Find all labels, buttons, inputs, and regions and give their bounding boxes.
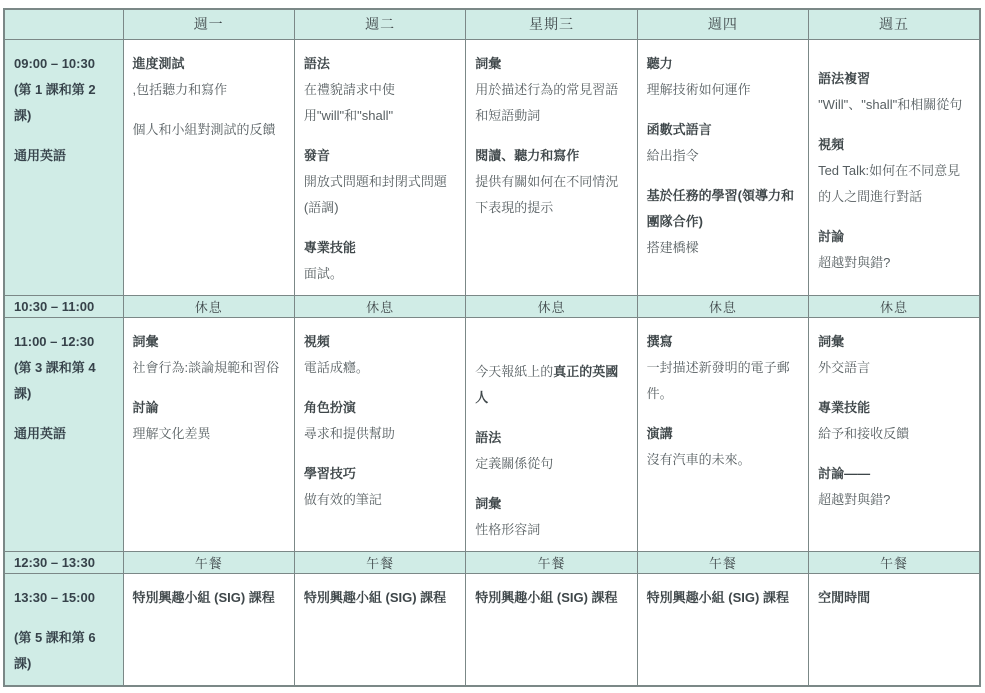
cell-line: 視頻	[304, 329, 457, 355]
divider-cell: 午餐	[637, 551, 808, 573]
cell-line: 09:00 – 10:30	[14, 51, 117, 77]
time-cell: 09:00 – 10:30(第 1 課和第 2 課)通用英語	[4, 39, 123, 295]
cell-paragraph: 進度測試,包括聽力和寫作	[133, 51, 286, 103]
time-cell: 10:30 – 11:00	[4, 295, 123, 317]
table-body: 09:00 – 10:30(第 1 課和第 2 課)通用英語進度測試,包括聽力和…	[4, 39, 980, 686]
text-run: 電話成癮。	[304, 360, 369, 375]
cell-line: 發音	[304, 143, 457, 169]
bold-text-run: 函數式語言	[647, 122, 712, 137]
divider-cell: 休息	[466, 295, 637, 317]
cell-paragraph: 閱讀、聽力和寫作提供有關如何在不同情況下表現的提示	[475, 143, 628, 221]
schedule-cell: 語法複習"Will"、"shall"和相關從句視頻Ted Talk:如何在不同意…	[809, 39, 980, 295]
table-row: 13:30 – 15:00(第 5 課和第 6 課)特別興趣小組 (SIG) 課…	[4, 573, 980, 686]
cell-line: "Will"、"shall"和相關從句	[818, 92, 971, 118]
schedule-cell: 撰寫一封描述新發明的電子郵件。演講沒有汽車的未來。	[637, 317, 808, 551]
time-cell: 11:00 – 12:30(第 3 課和第 4 課)通用英語	[4, 317, 123, 551]
cell-line: 通用英語	[14, 421, 117, 447]
divider-row: 10:30 – 11:00休息休息休息休息休息	[4, 295, 980, 317]
cell-paragraph: 演講沒有汽車的未來。	[647, 421, 800, 473]
cell-line: 在禮貌請求中使用"will"和"shall"	[304, 77, 457, 129]
bold-text-run: 討論	[818, 229, 844, 244]
day-header: 星期三	[466, 9, 637, 39]
cell-line: 開放式問題和封閉式問題(語調)	[304, 169, 457, 221]
divider-cell: 休息	[637, 295, 808, 317]
cell-paragraph: 特別興趣小組 (SIG) 課程	[475, 585, 628, 611]
text-run: 提供有關如何在不同情況下表現的提示	[475, 174, 618, 215]
cell-line: 視頻	[818, 132, 971, 158]
cell-paragraph: 詞彙性格形容詞	[475, 491, 628, 543]
cell-paragraph: 通用英語	[14, 143, 117, 169]
text-run: 搭建橋樑	[647, 240, 699, 255]
bold-text-run: 詞彙	[818, 334, 844, 349]
cell-paragraph: 討論超越對與錯?	[818, 224, 971, 276]
cell-line: 演講	[647, 421, 800, 447]
bold-text-run: 空閒時間	[818, 590, 870, 605]
cell-line: 13:30 – 15:00	[14, 585, 117, 611]
cell-line: 理解文化差異	[133, 421, 286, 447]
schedule-cell: 特別興趣小組 (SIG) 課程	[294, 573, 465, 686]
table-row: 11:00 – 12:30(第 3 課和第 4 課)通用英語詞彙社會行為:談論規…	[4, 317, 980, 551]
cell-paragraph: 聽力理解技術如何運作	[647, 51, 800, 103]
day-header: 週二	[294, 9, 465, 39]
text-run: 給予和接收反饋	[818, 426, 909, 441]
bold-text-run: 視頻	[818, 137, 844, 152]
cell-line: 今天報紙上的真正的英國人	[475, 359, 628, 411]
schedule-cell: 聽力理解技術如何運作函數式語言給出指令基於任務的學習(領導力和團隊合作)搭建橋樑	[637, 39, 808, 295]
cell-line: 特別興趣小組 (SIG) 課程	[647, 585, 800, 611]
bold-text-run: 閱讀、聽力和寫作	[475, 148, 579, 163]
cell-line: 理解技術如何運作	[647, 77, 800, 103]
cell-paragraph: 特別興趣小組 (SIG) 課程	[304, 585, 457, 611]
cell-line: 尋求和提供幫助	[304, 421, 457, 447]
cell-line: 特別興趣小組 (SIG) 課程	[133, 585, 286, 611]
cell-line: 提供有關如何在不同情況下表現的提示	[475, 169, 628, 221]
cell-line: 電話成癮。	[304, 355, 457, 381]
cell-line: 性格形容詞	[475, 517, 628, 543]
bold-text-run: 語法	[475, 430, 501, 445]
cell-paragraph: 空閒時間	[818, 585, 971, 611]
text-run: 超越對與錯?	[818, 492, 890, 507]
cell-line: 專業技能	[304, 235, 457, 261]
bold-text-run: 語法複習	[818, 71, 870, 86]
text-run: 給出指令	[647, 148, 699, 163]
cell-line: Ted Talk:如何在不同意見的人之間進行對話	[818, 158, 971, 210]
cell-line: 詞彙	[475, 51, 628, 77]
schedule-cell: 視頻電話成癮。角色扮演尋求和提供幫助學習技巧做有效的筆記	[294, 317, 465, 551]
bold-text-run: 視頻	[304, 334, 330, 349]
cell-paragraph: 通用英語	[14, 421, 117, 447]
bold-text-run: 詞彙	[475, 496, 501, 511]
bold-text-run: 語法	[304, 56, 330, 71]
bold-text-run: 特別興趣小組 (SIG) 課程	[475, 590, 617, 605]
cell-line: 搭建橋樑	[647, 235, 800, 261]
schedule-cell: 特別興趣小組 (SIG) 課程	[123, 573, 294, 686]
cell-paragraph: 11:00 – 12:30(第 3 課和第 4 課)	[14, 329, 117, 407]
bold-text-run: 進度測試	[133, 56, 185, 71]
text-run: 今天報紙上的	[475, 364, 553, 379]
bold-text-run: 基於任務的學習(領導力和團隊合作)	[647, 188, 794, 229]
cell-line: 個人和小組對測試的反饋	[133, 117, 286, 143]
bold-text-run: 撰寫	[647, 334, 673, 349]
schedule-cell: 詞彙用於描述行為的常見習語和短語動詞閱讀、聽力和寫作提供有關如何在不同情況下表現…	[466, 39, 637, 295]
time-cell: 13:30 – 15:00(第 5 課和第 6 課)	[4, 573, 123, 686]
day-header: 週五	[809, 9, 980, 39]
text-run: 性格形容詞	[475, 522, 540, 537]
bold-text-run: 特別興趣小組 (SIG) 課程	[304, 590, 446, 605]
text-run: 做有效的筆記	[304, 492, 382, 507]
cell-line: 沒有汽車的未來。	[647, 447, 800, 473]
time-cell: 12:30 – 13:30	[4, 551, 123, 573]
cell-line: 社會行為:談論規範和習俗	[133, 355, 286, 381]
cell-line: 進度測試	[133, 51, 286, 77]
cell-line: 超越對與錯?	[818, 487, 971, 513]
cell-line: 給出指令	[647, 143, 800, 169]
cell-paragraph: 今天報紙上的真正的英國人	[475, 359, 628, 411]
text-run: 定義關係從句	[475, 456, 553, 471]
cell-paragraph: 撰寫一封描述新發明的電子郵件。	[647, 329, 800, 407]
text-run: 在禮貌請求中使用"will"和"shall"	[304, 82, 395, 123]
divider-cell: 午餐	[466, 551, 637, 573]
cell-line: 詞彙	[818, 329, 971, 355]
divider-cell: 休息	[809, 295, 980, 317]
divider-row: 12:30 – 13:30午餐午餐午餐午餐午餐	[4, 551, 980, 573]
bold-text-run: 發音	[304, 148, 330, 163]
text-run: 理解文化差異	[133, 426, 211, 441]
text-run: ,包括聽力和寫作	[133, 82, 228, 97]
cell-line: 語法	[304, 51, 457, 77]
text-run: 理解技術如何運作	[647, 82, 751, 97]
cell-line: 特別興趣小組 (SIG) 課程	[475, 585, 628, 611]
page: 週一週二星期三週四週五 09:00 – 10:30(第 1 課和第 2 課)通用…	[0, 0, 985, 693]
schedule-cell: 特別興趣小組 (SIG) 課程	[466, 573, 637, 686]
schedule-cell: 空閒時間	[809, 573, 980, 686]
text-run: "Will"、"shall"和相關從句	[818, 97, 962, 112]
bold-text-run: 專業技能	[818, 400, 870, 415]
cell-paragraph: 13:30 – 15:00	[14, 585, 117, 611]
divider-cell: 休息	[123, 295, 294, 317]
cell-line: 基於任務的學習(領導力和團隊合作)	[647, 183, 800, 235]
cell-line: 聽力	[647, 51, 800, 77]
text-run: 沒有汽車的未來。	[647, 452, 751, 467]
bold-text-run: 討論	[133, 400, 159, 415]
cell-line: 角色扮演	[304, 395, 457, 421]
cell-paragraph: 詞彙社會行為:談論規範和習俗	[133, 329, 286, 381]
cell-paragraph: 語法在禮貌請求中使用"will"和"shall"	[304, 51, 457, 129]
bold-text-run: 角色扮演	[304, 400, 356, 415]
header-row: 週一週二星期三週四週五	[4, 9, 980, 39]
cell-line: 外交語言	[818, 355, 971, 381]
text-run: 尋求和提供幫助	[304, 426, 395, 441]
cell-paragraph: 討論——超越對與錯?	[818, 461, 971, 513]
cell-line: 特別興趣小組 (SIG) 課程	[304, 585, 457, 611]
cell-line: 語法	[475, 425, 628, 451]
day-header: 週四	[637, 9, 808, 39]
cell-line: ,包括聽力和寫作	[133, 77, 286, 103]
cell-line: (第 1 課和第 2 課)	[14, 77, 117, 129]
cell-paragraph: 09:00 – 10:30(第 1 課和第 2 課)	[14, 51, 117, 129]
cell-paragraph: 專業技能面試。	[304, 235, 457, 287]
weekly-schedule-table: 週一週二星期三週四週五 09:00 – 10:30(第 1 課和第 2 課)通用…	[3, 8, 981, 687]
cell-line: 討論——	[818, 461, 971, 487]
cell-paragraph: 學習技巧做有效的筆記	[304, 461, 457, 513]
table-header: 週一週二星期三週四週五	[4, 9, 980, 39]
text-run: 外交語言	[818, 360, 870, 375]
text-run: Ted Talk:如何在不同意見的人之間進行對話	[818, 163, 960, 204]
cell-paragraph: 語法定義關係從句	[475, 425, 628, 477]
schedule-cell: 語法在禮貌請求中使用"will"和"shall"發音開放式問題和封閉式問題(語調…	[294, 39, 465, 295]
cell-paragraph: 角色扮演尋求和提供幫助	[304, 395, 457, 447]
bold-text-run: 詞彙	[133, 334, 159, 349]
divider-cell: 午餐	[809, 551, 980, 573]
cell-line: 討論	[818, 224, 971, 250]
cell-line: 學習技巧	[304, 461, 457, 487]
bold-text-run: 討論——	[818, 466, 870, 481]
cell-paragraph: 詞彙外交語言	[818, 329, 971, 381]
cell-line: 給予和接收反饋	[818, 421, 971, 447]
cell-line: 做有效的筆記	[304, 487, 457, 513]
table-row: 09:00 – 10:30(第 1 課和第 2 課)通用英語進度測試,包括聽力和…	[4, 39, 980, 295]
cell-paragraph: (第 5 課和第 6 課)	[14, 625, 117, 677]
cell-line: 專業技能	[818, 395, 971, 421]
day-header: 週一	[123, 9, 294, 39]
cell-paragraph: 視頻Ted Talk:如何在不同意見的人之間進行對話	[818, 132, 971, 210]
cell-line: 通用英語	[14, 143, 117, 169]
cell-line: 討論	[133, 395, 286, 421]
schedule-cell: 詞彙外交語言專業技能給予和接收反饋討論——超越對與錯?	[809, 317, 980, 551]
cell-paragraph: 特別興趣小組 (SIG) 課程	[133, 585, 286, 611]
cell-line: 詞彙	[475, 491, 628, 517]
cell-line: 一封描述新發明的電子郵件。	[647, 355, 800, 407]
text-run: 開放式問題和封閉式問題(語調)	[304, 174, 447, 215]
cell-paragraph: 基於任務的學習(領導力和團隊合作)搭建橋樑	[647, 183, 800, 261]
divider-cell: 午餐	[294, 551, 465, 573]
cell-line: 詞彙	[133, 329, 286, 355]
text-run: 社會行為:談論規範和習俗	[133, 360, 280, 375]
text-run: 個人和小組對測試的反饋	[133, 122, 276, 137]
cell-line: 超越對與錯?	[818, 250, 971, 276]
cell-paragraph: 專業技能給予和接收反饋	[818, 395, 971, 447]
schedule-cell: 進度測試,包括聽力和寫作個人和小組對測試的反饋	[123, 39, 294, 295]
bold-text-run: 特別興趣小組 (SIG) 課程	[133, 590, 275, 605]
schedule-cell: 今天報紙上的真正的英國人語法定義關係從句詞彙性格形容詞	[466, 317, 637, 551]
cell-line: (第 3 課和第 4 課)	[14, 355, 117, 407]
cell-line: 語法複習	[818, 66, 971, 92]
bold-text-run: 特別興趣小組 (SIG) 課程	[647, 590, 789, 605]
cell-paragraph: 發音開放式問題和封閉式問題(語調)	[304, 143, 457, 221]
cell-line: 空閒時間	[818, 585, 971, 611]
cell-line: 用於描述行為的常見習語和短語動詞	[475, 77, 628, 129]
bold-text-run: 聽力	[647, 56, 673, 71]
bold-text-run: 專業技能	[304, 240, 356, 255]
cell-paragraph: 視頻電話成癮。	[304, 329, 457, 381]
cell-paragraph: 討論理解文化差異	[133, 395, 286, 447]
cell-paragraph: 函數式語言給出指令	[647, 117, 800, 169]
cell-line: 閱讀、聽力和寫作	[475, 143, 628, 169]
text-run: 一封描述新發明的電子郵件。	[647, 360, 790, 401]
text-run: 面試。	[304, 266, 343, 281]
divider-cell: 午餐	[123, 551, 294, 573]
cell-line: 撰寫	[647, 329, 800, 355]
cell-line: 11:00 – 12:30	[14, 329, 117, 355]
cell-paragraph: 個人和小組對測試的反饋	[133, 117, 286, 143]
cell-paragraph: 語法複習"Will"、"shall"和相關從句	[818, 66, 971, 118]
cell-line: (第 5 課和第 6 課)	[14, 625, 117, 677]
cell-line: 函數式語言	[647, 117, 800, 143]
text-run: 用於描述行為的常見習語和短語動詞	[475, 82, 618, 123]
bold-text-run: 詞彙	[475, 56, 501, 71]
divider-cell: 休息	[294, 295, 465, 317]
bold-text-run: 演講	[647, 426, 673, 441]
text-run: 超越對與錯?	[818, 255, 890, 270]
corner-cell	[4, 9, 123, 39]
cell-line: 面試。	[304, 261, 457, 287]
cell-paragraph: 詞彙用於描述行為的常見習語和短語動詞	[475, 51, 628, 129]
cell-paragraph: 特別興趣小組 (SIG) 課程	[647, 585, 800, 611]
cell-line: 定義關係從句	[475, 451, 628, 477]
schedule-cell: 詞彙社會行為:談論規範和習俗討論理解文化差異	[123, 317, 294, 551]
schedule-cell: 特別興趣小組 (SIG) 課程	[637, 573, 808, 686]
bold-text-run: 學習技巧	[304, 466, 356, 481]
